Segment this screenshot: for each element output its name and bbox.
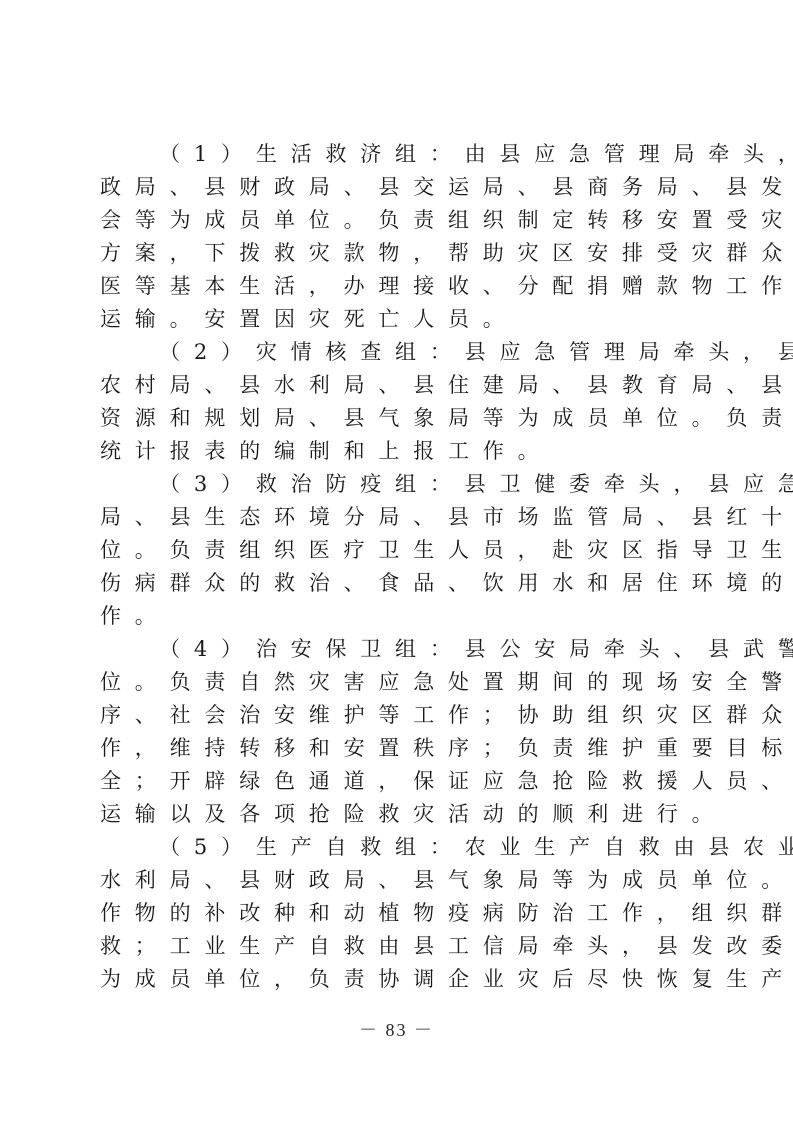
text-line: 为成员单位，负责协调企业灾后尽快恢复生产。 — [100, 963, 700, 996]
paragraph-public-security-group: （4）治安保卫组：县公安局牵头、县武警中队等为成员单 位。负责自然灾害应急处置期… — [100, 633, 700, 831]
text-line: 运输以及各项抢险救灾活动的顺利进行。 — [100, 798, 700, 831]
text-line: 救；工业生产自救由县工信局牵头，县发改委、县供电公司等 — [100, 930, 700, 963]
text-line: 会等为成员单位。负责组织制定转移安置受灾群众的生活救济 — [100, 204, 700, 237]
text-line: 农村局、县水利局、县住建局、县教育局、县工信局、县自然 — [100, 369, 700, 402]
text-line: 作。 — [100, 600, 700, 633]
paragraph-medical-epidemic-group: （3）救治防疫组：县卫健委牵头，县应急管理局、县财政 局、县生态环境分局、县市场… — [100, 468, 700, 633]
paragraph-disaster-verification-group: （2）灾情核查组：县应急管理局牵头，县财政局、县农业 农村局、县水利局、县住建局… — [100, 336, 700, 468]
text-line: 伤病群众的救治、食品、饮用水和居住环境的卫生安全等工 — [100, 567, 700, 600]
text-line: 运输。安置因灾死亡人员。 — [100, 303, 700, 336]
document-body: （1）生活救济组：由县应急管理局牵头，县公安局、县民 政局、县财政局、县交运局、… — [100, 138, 700, 996]
text-line: （4）治安保卫组：县公安局牵头、县武警中队等为成员单 — [100, 633, 700, 666]
text-line: （5）生产自救组：农业生产自救由县农业农村局牵头，县 — [100, 831, 700, 864]
text-line: 序、社会治安维护等工作；协助组织灾区群众的紧急转移工 — [100, 699, 700, 732]
text-line: 政局、县财政局、县交运局、县商务局、县发改委、县红十字 — [100, 171, 700, 204]
text-line: （3）救治防疫组：县卫健委牵头，县应急管理局、县财政 — [100, 468, 700, 501]
text-line: 位。负责自然灾害应急处置期间的现场安全警戒和灾区交通秩 — [100, 666, 700, 699]
text-line: （1）生活救济组：由县应急管理局牵头，县公安局、县民 — [100, 138, 700, 171]
paragraph-living-relief-group: （1）生活救济组：由县应急管理局牵头，县公安局、县民 政局、县财政局、县交运局、… — [100, 138, 700, 336]
text-line: 统计报表的编制和上报工作。 — [100, 435, 700, 468]
paragraph-production-recovery-group: （5）生产自救组：农业生产自救由县农业农村局牵头，县 水利局、县财政局、县气象局… — [100, 831, 700, 996]
text-line: 水利局、县财政局、县气象局等为成员单位。负责组织灾区农 — [100, 864, 700, 897]
text-line: （2）灾情核查组：县应急管理局牵头，县财政局、县农业 — [100, 336, 700, 369]
text-line: 作，维持转移和安置秩序；负责维护重要目标和要害部位的安 — [100, 732, 700, 765]
text-line: 资源和规划局、县气象局等为成员单位。负责组织灾情查核， — [100, 402, 700, 435]
page-number: － 83 － — [0, 1016, 793, 1042]
text-line: 局、县生态环境分局、县市场监管局、县红十字会等为成员单 — [100, 501, 700, 534]
text-line: 作物的补改种和动植物疫病防治工作，组织群众开展生产自 — [100, 897, 700, 930]
text-line: 医等基本生活，办理接收、分配捐赠款物工作，保障救灾物资 — [100, 270, 700, 303]
text-line: 位。负责组织医疗卫生人员，赴灾区指导卫生防疫工作，做好 — [100, 534, 700, 567]
text-line: 全；开辟绿色通道，保证应急抢险救援人员、救灾物资的优先 — [100, 765, 700, 798]
text-line: 方案，下拨救灾款物，帮助灾区安排受灾群众的吃、穿、住、 — [100, 237, 700, 270]
